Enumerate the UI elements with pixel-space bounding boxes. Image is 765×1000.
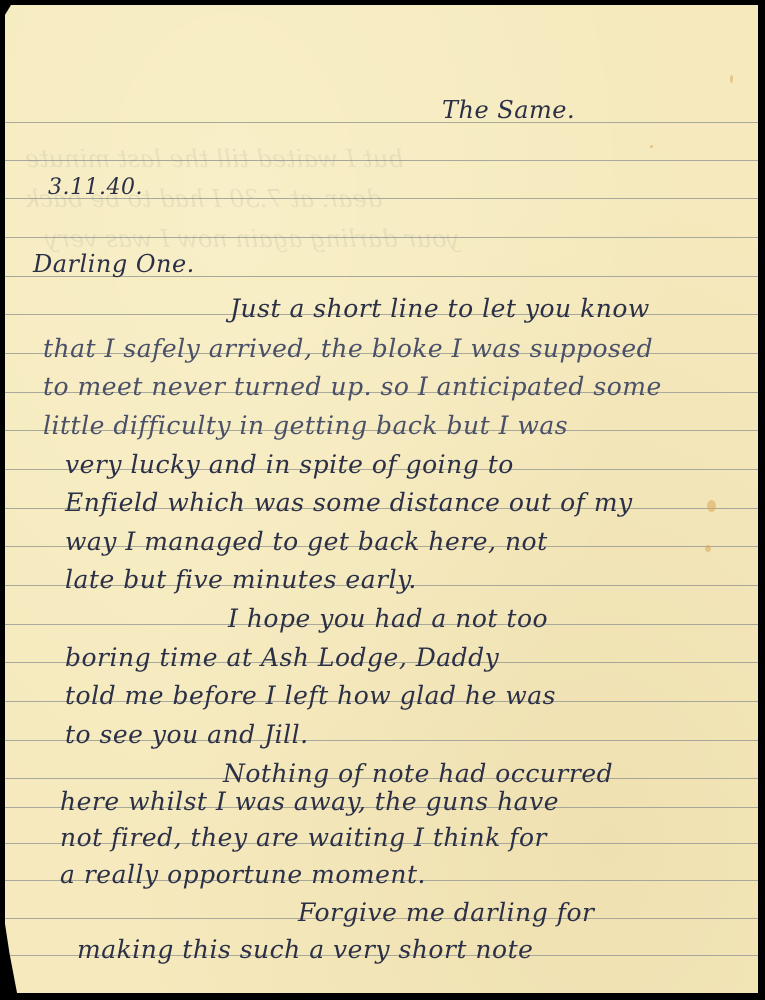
bleed-through-text: but I waited till the last minute <box>25 145 404 173</box>
ruled-line <box>5 122 758 123</box>
letter-line: very lucky and in spite of going to <box>65 452 514 477</box>
bleed-through-text: your darling again now I was very <box>45 225 460 253</box>
foxing-spot <box>705 545 711 552</box>
letter-line: Nothing of note had occurred <box>223 761 613 786</box>
letter-line: to meet never turned up. so I anticipate… <box>43 374 662 399</box>
letter-line: told me before I left how glad he was <box>65 683 556 708</box>
letter-page: but I waited till the last minute dear. … <box>5 5 758 993</box>
letter-line: to see you and Jill. <box>65 722 309 747</box>
letter-line: I hope you had a not too <box>228 606 548 631</box>
letter-line: boring time at Ash Lodge, Daddy <box>65 645 499 670</box>
foxing-spot <box>730 75 733 83</box>
foxing-spot <box>707 500 716 512</box>
letter-line: Just a short line to let you know <box>230 296 650 321</box>
letter-line: a really opportune moment. <box>60 862 426 887</box>
letter-line: that I safely arrived, the bloke I was s… <box>43 336 653 361</box>
letter-line: little difficulty in getting back but I … <box>43 413 568 438</box>
letter-salutation: Darling One. <box>33 252 195 276</box>
letter-line: Forgive me darling for <box>298 900 594 925</box>
letter-line: way I managed to get back here, not <box>65 529 548 554</box>
letter-line: here whilst I was away, the guns have <box>60 789 559 814</box>
letter-heading-place: The Same. <box>442 98 575 122</box>
letter-line: Enfield which was some distance out of m… <box>65 490 633 515</box>
letter-line: late but five minutes early. <box>65 567 417 592</box>
foxing-spot <box>650 145 653 148</box>
letter-date: 3.11.40. <box>48 177 143 199</box>
letter-line: not fired, they are waiting I think for <box>60 825 547 850</box>
letter-line: making this such a very short note <box>77 937 533 962</box>
